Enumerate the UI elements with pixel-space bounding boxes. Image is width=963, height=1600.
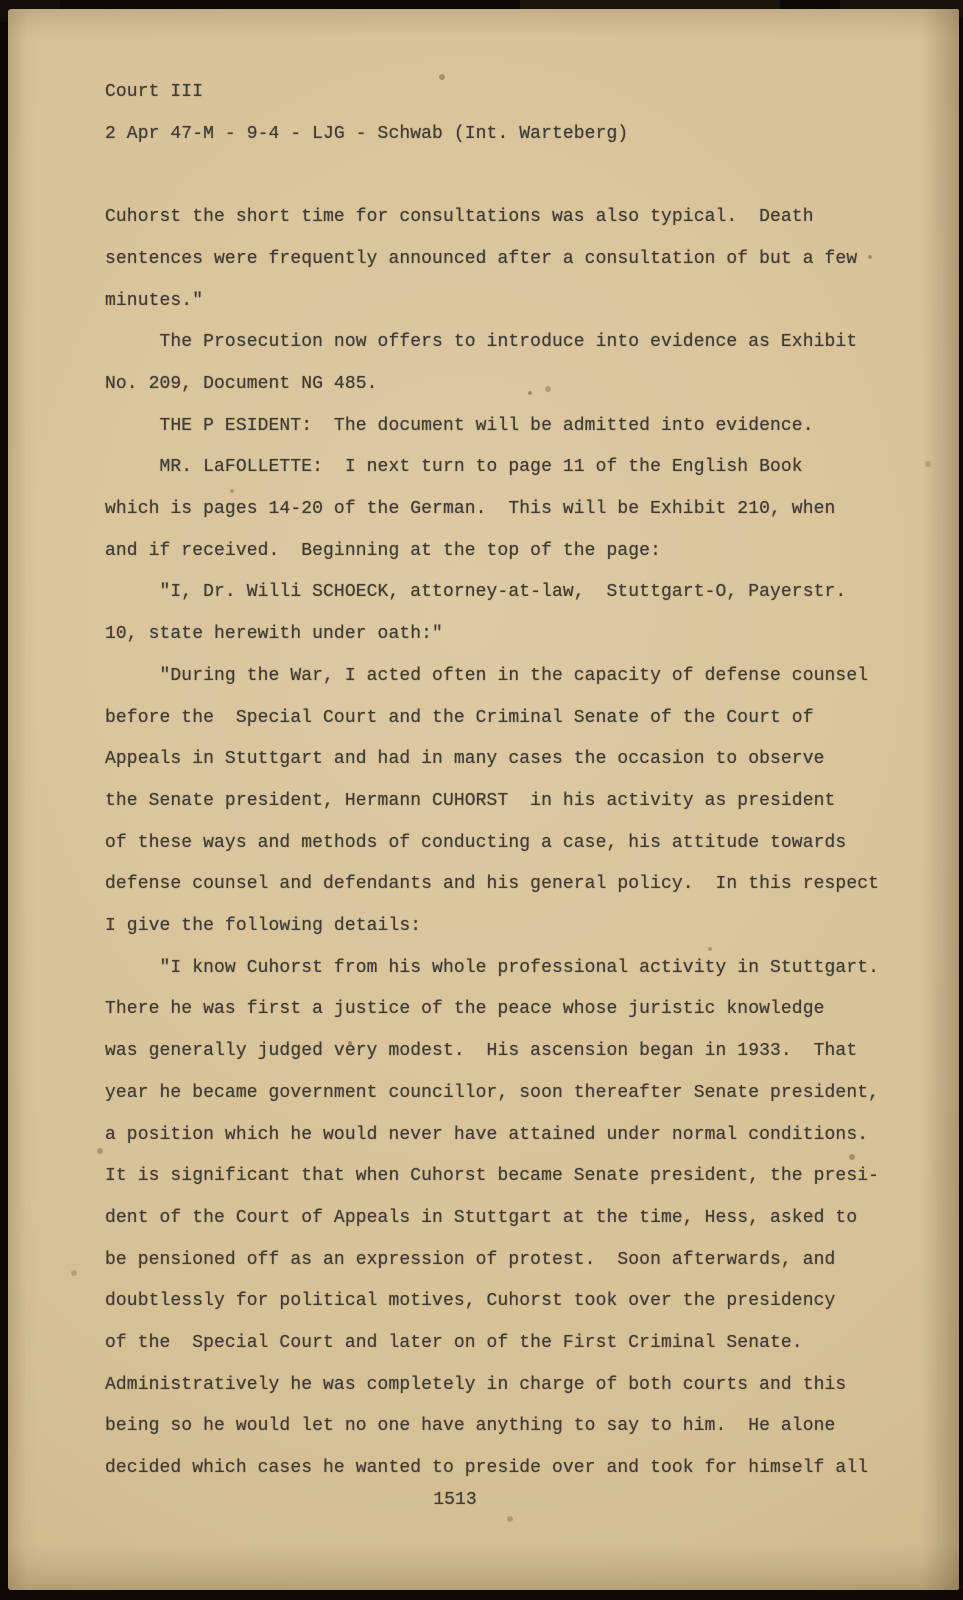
body-text-line: I give the following details: <box>105 906 895 948</box>
body-text-line: Administratively he was completely in ch… <box>105 1365 895 1407</box>
body-text-line: be pensioned off as an expression of pro… <box>105 1240 895 1282</box>
paper-specks <box>8 9 12 13</box>
typewritten-text-column: Court III 2 Apr 47-M - 9-4 - LJG - Schwa… <box>105 72 895 1522</box>
body-text-line: which is pages 14-20 of the German. This… <box>105 489 895 531</box>
body-text-line: 10, state herewith under oath:" <box>105 614 895 656</box>
document-body: Cuhorst the short time for consultations… <box>105 197 895 1490</box>
body-text-line: Cuhorst the short time for consultations… <box>105 197 895 239</box>
body-text-line: being so he would let no one have anythi… <box>105 1406 895 1448</box>
body-text-line: doubtlessly for political motives, Cuhor… <box>105 1281 895 1323</box>
body-text-line: sentences were frequently announced afte… <box>105 239 895 281</box>
header-court-line: Court III <box>105 72 895 114</box>
header-session-line: 2 Apr 47-M - 9-4 - LJG - Schwab (Int. Wa… <box>105 114 895 156</box>
body-text-line: decided which cases he wanted to preside… <box>105 1448 895 1490</box>
body-text-line: THE P ESIDENT: The document will be admi… <box>105 406 895 448</box>
body-text-line: No. 209, Document NG 485. <box>105 364 895 406</box>
body-text-line: minutes." <box>105 281 895 323</box>
body-text-line: a position which he would never have att… <box>105 1115 895 1157</box>
body-text-line: and if received. Beginning at the top of… <box>105 531 895 573</box>
body-text-line: There he was first a justice of the peac… <box>105 989 895 1031</box>
body-text-line: "I know Cuhorst from his whole professio… <box>105 948 895 990</box>
body-text-line: Appeals in Stuttgart and had in many cas… <box>105 739 895 781</box>
body-text-line: It is significant that when Cuhorst beca… <box>105 1156 895 1198</box>
body-text-line: defense counsel and defendants and his g… <box>105 864 895 906</box>
body-text-line: before the Special Court and the Crimina… <box>105 698 895 740</box>
body-text-line: the Senate president, Hermann CUHORST in… <box>105 781 895 823</box>
body-text-line: year he became government councillor, so… <box>105 1073 895 1115</box>
body-text-line: dent of the Court of Appeals in Stuttgar… <box>105 1198 895 1240</box>
blank-line <box>105 155 895 197</box>
body-text-line: The Prosecution now offers to introduce … <box>105 322 895 364</box>
body-text-line: of the Special Court and later on of the… <box>105 1323 895 1365</box>
body-text-line: "I, Dr. Willi SCHOECK, attorney-at-law, … <box>105 572 895 614</box>
paper-sheet: Court III 2 Apr 47-M - 9-4 - LJG - Schwa… <box>8 9 959 1590</box>
scanned-document-page: Court III 2 Apr 47-M - 9-4 - LJG - Schwa… <box>0 0 963 1600</box>
body-text-line: was generally judged very modest. His as… <box>105 1031 895 1073</box>
body-text-line: MR. LaFOLLETTE: I next turn to page 11 o… <box>105 447 895 489</box>
body-text-line: "During the War, I acted often in the ca… <box>105 656 895 698</box>
body-text-line: of these ways and methods of conducting … <box>105 823 895 865</box>
